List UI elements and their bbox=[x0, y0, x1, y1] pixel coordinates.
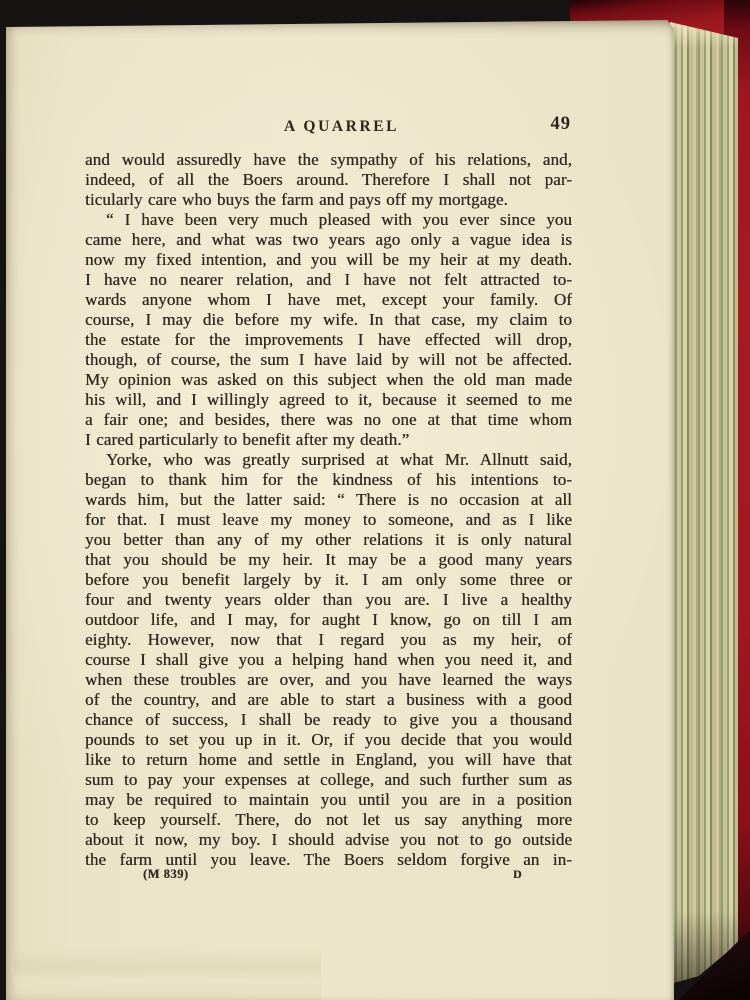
text-line: I cared particularly to benefit after my… bbox=[85, 430, 572, 450]
text-line: outdoor life, and I may, for aught I kno… bbox=[85, 610, 572, 630]
text-line: indeed, of all the Boers around. Therefo… bbox=[85, 170, 572, 190]
text-line: before you benefit largely by it. I am o… bbox=[85, 570, 572, 590]
text-line: about it now, my boy. I should advise yo… bbox=[85, 830, 572, 850]
text-line: came here, and what was two years ago on… bbox=[85, 230, 572, 250]
text-line: that you should be my heir. It may be a … bbox=[85, 550, 572, 570]
text-line: a fair one; and besides, there was no on… bbox=[85, 410, 572, 430]
text-line: and would assuredly have the sympathy of… bbox=[85, 150, 572, 170]
text-line: wards him, but the latter said: “ There … bbox=[85, 490, 572, 510]
text-line: ticularly care who buys the farm and pay… bbox=[85, 190, 572, 210]
text-line: wards anyone whom I have met, except you… bbox=[85, 290, 572, 310]
text-line: chance of success, I shall be ready to g… bbox=[85, 710, 572, 730]
text-line: four and twenty years older than you are… bbox=[85, 590, 572, 610]
text-line: My opinion was asked on this subject whe… bbox=[85, 370, 572, 390]
text-line: pounds to set you up in it. Or, if you d… bbox=[85, 730, 572, 750]
text-line: began to thank him for the kindness of h… bbox=[85, 470, 572, 490]
text-line: course, I may die before my wife. In tha… bbox=[85, 310, 572, 330]
text-line: sum to pay your expenses at college, and… bbox=[85, 770, 572, 790]
running-chapter-title: A QUARREL bbox=[284, 118, 399, 136]
text-line: for that. I must leave my money to someo… bbox=[85, 510, 572, 530]
signature-mark: D bbox=[513, 867, 522, 882]
text-line: eighty. However, now that I regard you a… bbox=[85, 630, 572, 650]
text-line: of the country, and are able to start a … bbox=[85, 690, 572, 710]
page-footer: (M 839) D bbox=[85, 867, 572, 885]
text-line: like to return home and settle in Englan… bbox=[85, 750, 572, 770]
page-stack-fore-edge bbox=[670, 18, 738, 988]
body-lines: and would assuredly have the sympathy of… bbox=[85, 150, 572, 870]
page-header: A QUARREL 49 bbox=[85, 116, 572, 138]
text-line: “ I have been very much pleased with you… bbox=[85, 210, 572, 230]
printer-mark: (M 839) bbox=[143, 867, 189, 882]
text-line: you better than any of my other relation… bbox=[85, 530, 572, 550]
text-line: I have no nearer relation, and I have no… bbox=[85, 270, 572, 290]
text-line: may be required to maintain you until yo… bbox=[85, 790, 572, 810]
book-page: A QUARREL 49 and would assuredly have th… bbox=[6, 20, 674, 1000]
text-line: the estate for the improvements I have e… bbox=[85, 330, 572, 350]
text-line: Yorke, who was greatly surprised at what… bbox=[85, 450, 572, 470]
text-line: his will, and I willingly agreed to it, … bbox=[85, 390, 572, 410]
text-line: now my fixed intention, and you will be … bbox=[85, 250, 572, 270]
page-number: 49 bbox=[551, 114, 572, 135]
text-line: when these troubles are over, and you ha… bbox=[85, 670, 572, 690]
text-line: though, of course, the sum I have laid b… bbox=[85, 350, 572, 370]
text-line: to keep yourself. There, do not let us s… bbox=[85, 810, 572, 830]
book-scan: A QUARREL 49 and would assuredly have th… bbox=[0, 0, 750, 1000]
text-line: course I shall give you a helping hand w… bbox=[85, 650, 572, 670]
